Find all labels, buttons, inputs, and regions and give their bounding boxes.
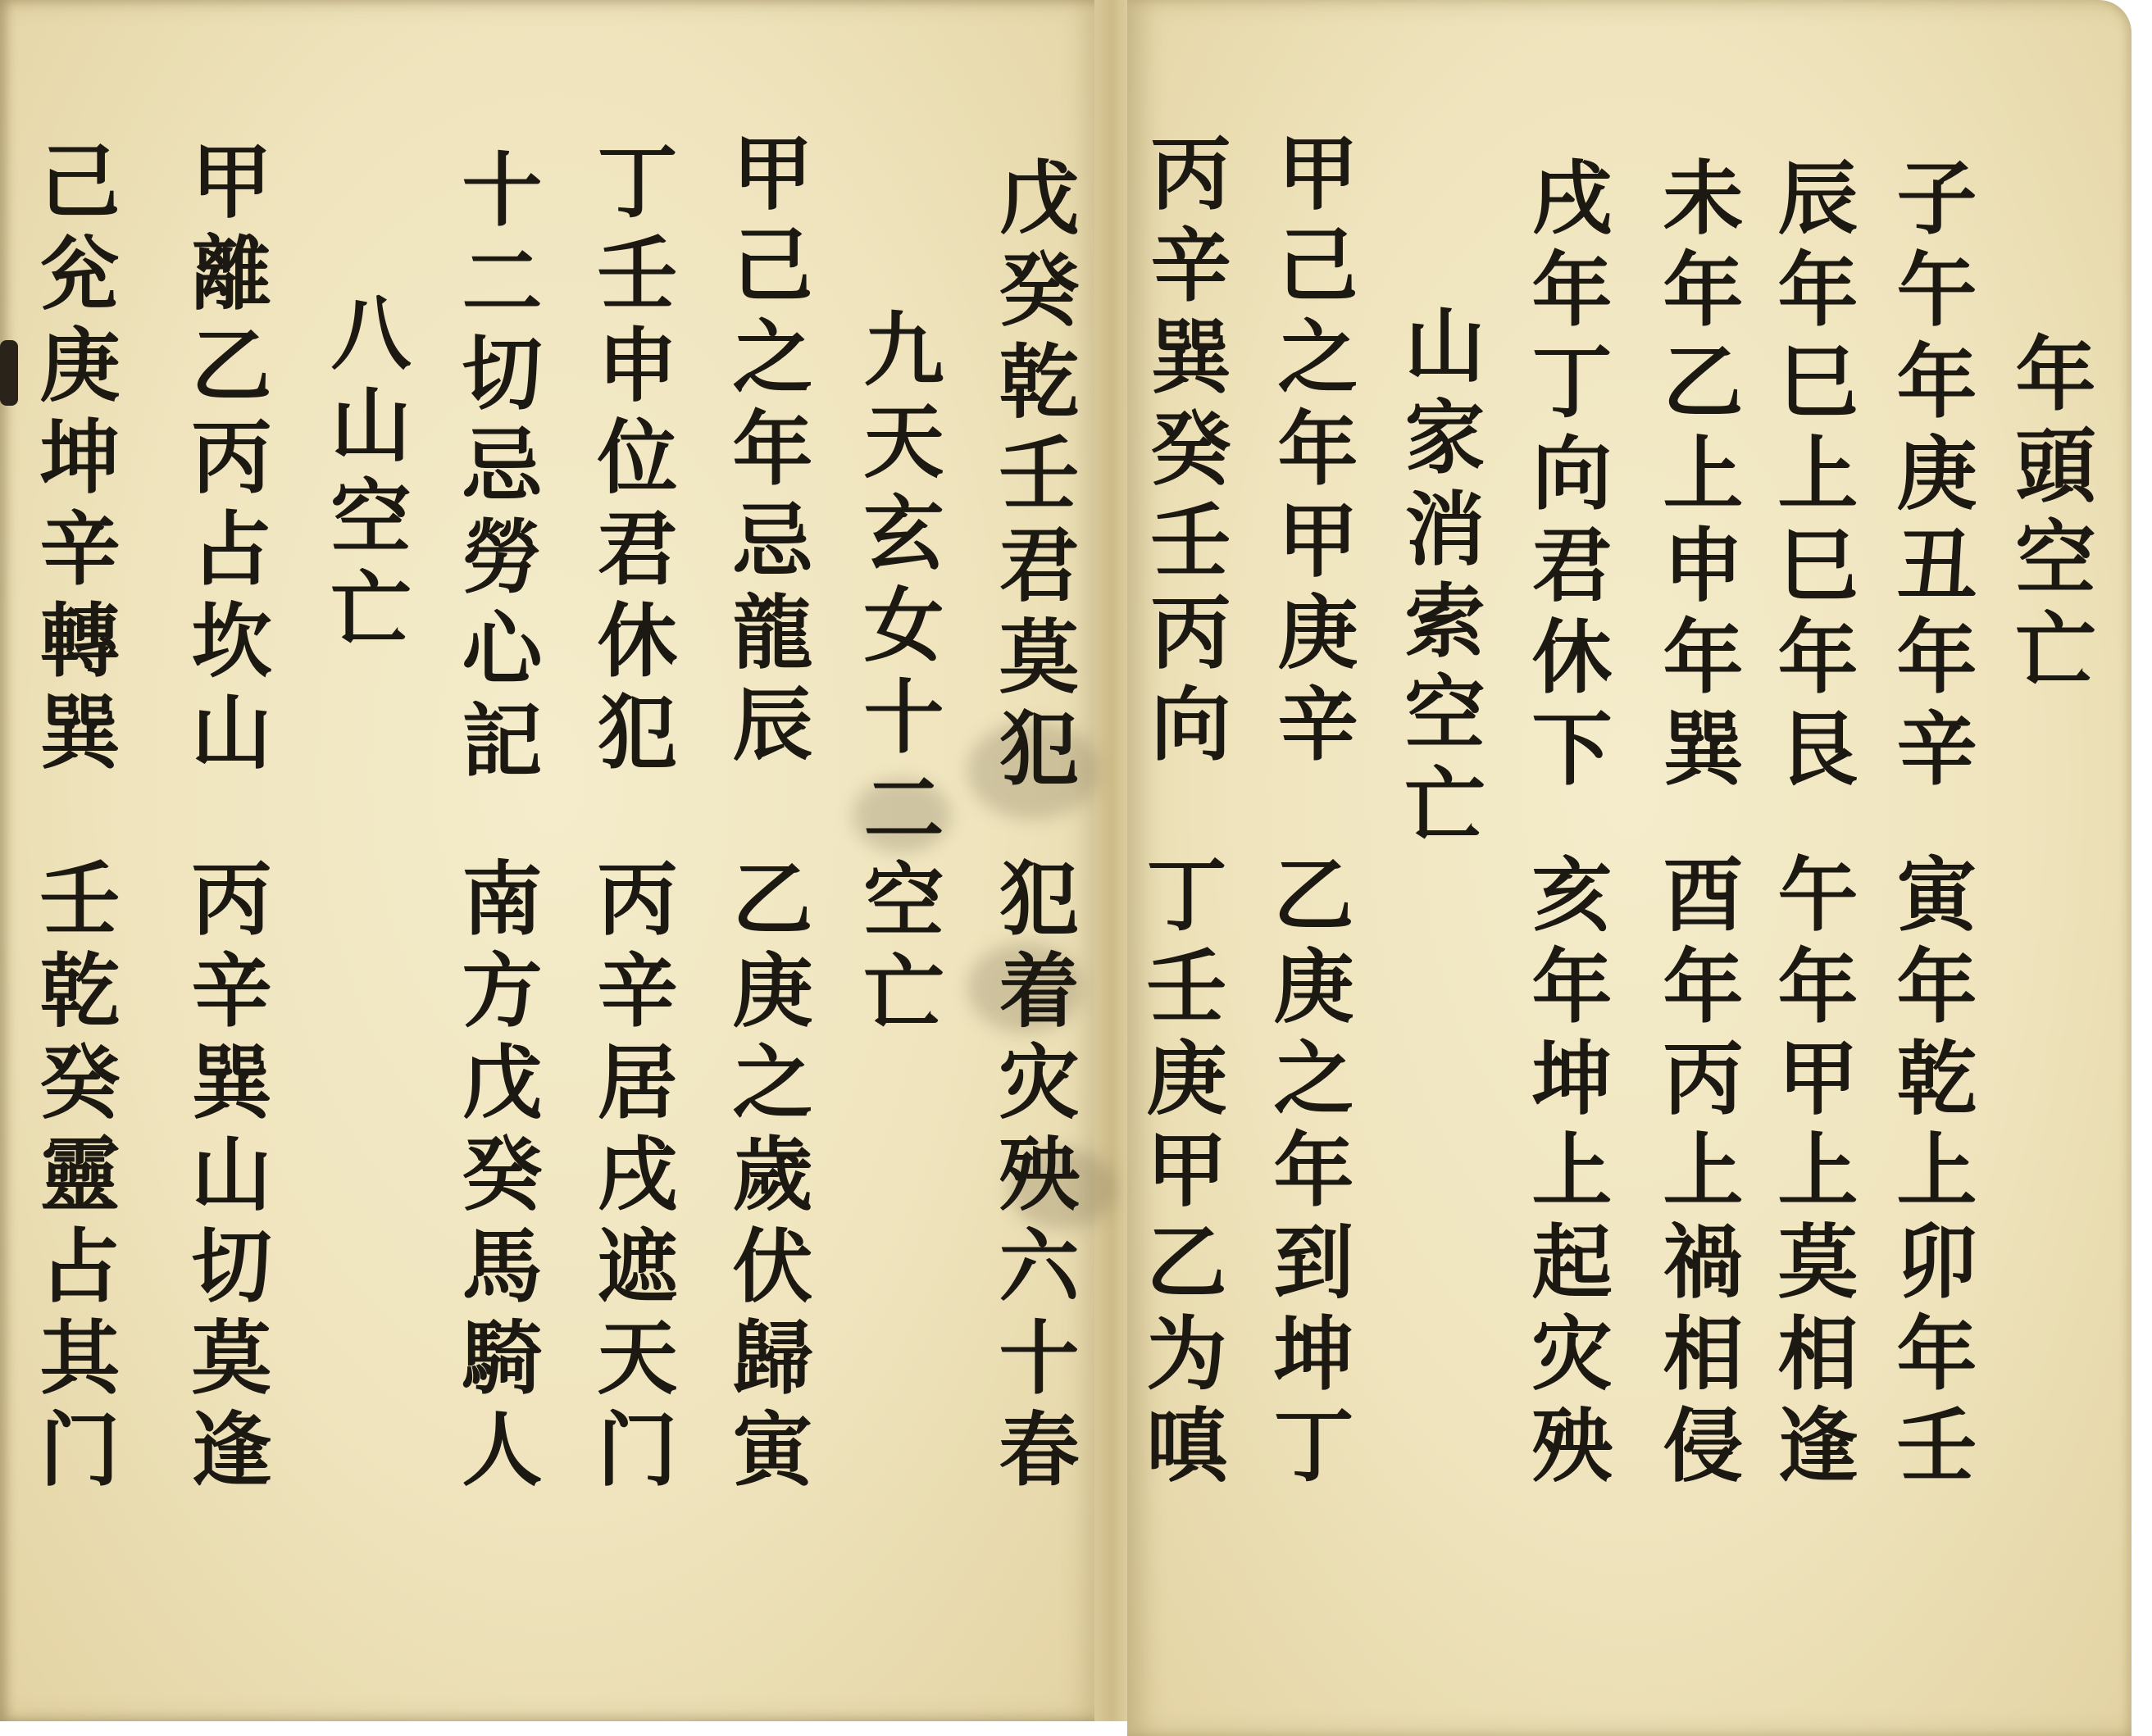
page-title: 年頭空亡 (2009, 332, 2089, 699)
text-column: 丁壬庚甲乙为嗔 (1140, 852, 1220, 1495)
section-heading: 八山空亡 (324, 291, 404, 658)
text-column: 甲己之年忌龍辰 (726, 131, 806, 774)
text-column: 亥年坤上起灾殃 (1525, 852, 1605, 1495)
text-column: 酉年丙上禍相侵 (1656, 852, 1736, 1495)
text-column: 丙辛巽山切莫逢 (184, 857, 265, 1499)
text-column: 戌年丁向君休下 (1525, 156, 1605, 798)
ink-blot (0, 340, 18, 406)
text-column: 子午年庚丑年辛 (1890, 156, 1970, 798)
text-column: 午年甲上莫相逢 (1771, 852, 1851, 1495)
text-column: 壬乾癸靈占其门 (33, 857, 113, 1499)
text-column: 丁壬申位君休犯 (590, 139, 671, 782)
text-column: 未年乙上申年巽 (1656, 156, 1736, 798)
text-column: 己兊庚坤辛轉巽 (33, 139, 113, 782)
section-heading: 九天玄女十二空亡 (857, 307, 937, 1042)
background-edge-bottom (0, 1721, 1127, 1736)
background-edge (2132, 0, 2152, 1736)
text-column: 南方戊癸馬騎人 (455, 857, 535, 1499)
section-heading: 山家消索空亡 (1398, 303, 1478, 854)
text-column: 甲己之年甲庚辛 (1271, 131, 1351, 774)
text-column: 寅年乾上卯年壬 (1890, 852, 1970, 1495)
text-column: 乙庚之年到坤丁 (1267, 852, 1347, 1495)
text-column: 丙辛居戌遮天门 (590, 857, 671, 1499)
text-column: 犯着灾殃六十春 (992, 857, 1072, 1499)
text-column: 十二切忌勞心記 (455, 148, 535, 790)
text-column: 辰年巳上巳年艮 (1771, 156, 1851, 798)
text-column: 乙庚之歲伏歸寅 (726, 857, 806, 1499)
text-column: 丙辛巽癸壬丙向 (1144, 131, 1224, 774)
text-column: 甲離乙丙占坎山 (184, 139, 265, 782)
text-column: 戊癸乾壬君莫犯 (992, 156, 1072, 798)
